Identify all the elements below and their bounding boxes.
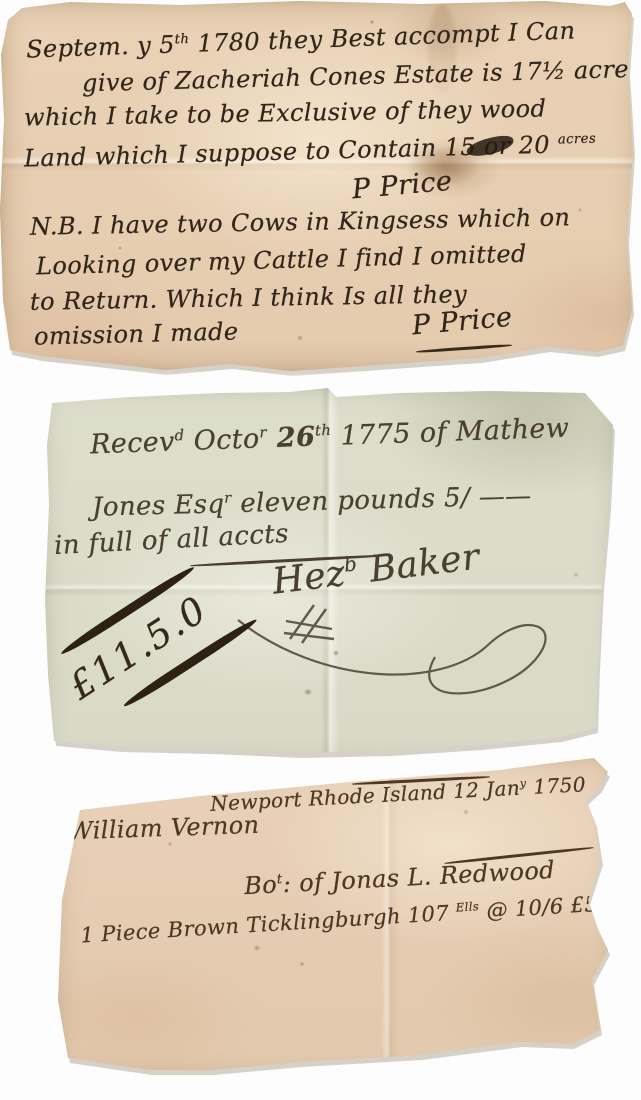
amount-group: £11.5.0 xyxy=(43,549,282,767)
document-1750-invoice: Newport Rhode Island 12 Jany 1750 Willia… xyxy=(52,752,620,1082)
text-segment: Recev xyxy=(90,426,176,460)
handwritten-line: omission I made xyxy=(34,317,239,350)
text-segment: 26 xyxy=(267,422,316,455)
text-segment: th xyxy=(174,32,189,48)
text-segment: Octo xyxy=(184,423,260,457)
signature: Hezb Baker xyxy=(270,536,481,602)
handwritten-line: Bot: of Jonas L. Redwood xyxy=(243,856,555,900)
text-segment: 1775 of Mathew xyxy=(331,413,570,452)
paper-sheet: Newport Rhode Island 12 Jany 1750 Willia… xyxy=(52,752,620,1082)
handwritten-line: N.B. I have two Cows in Kingsess which o… xyxy=(30,203,571,240)
handwritten-line: in full of all accts xyxy=(53,519,289,561)
paper-sheet: Recevd Octor 26th 1775 of Mathew Jones E… xyxy=(40,385,618,767)
text-segment: 1780 they Best accompt I Can xyxy=(189,16,576,57)
text-segment: th xyxy=(315,421,332,440)
text-segment: Baker xyxy=(356,536,482,592)
text-segment: d xyxy=(174,426,185,444)
text-segment: Septem. y 5 xyxy=(26,30,176,63)
text-segment: Jones Esq xyxy=(92,489,225,522)
text-segment: Bo xyxy=(243,870,277,900)
document-1780-account: Septem. y 5th 1780 they Best accompt I C… xyxy=(0,0,641,372)
text-segment: acres xyxy=(558,132,597,148)
signature-underline xyxy=(416,344,512,354)
handwritten-line: Jones Esqr eleven pounds 5/ —— xyxy=(92,481,532,522)
text-segment: 1 Piece Brown Ticklingburgh 107 xyxy=(80,901,457,948)
handwritten-line: which I take to be Exclusive of they woo… xyxy=(24,94,547,131)
handwritten-line: Septem. y 5th 1780 they Best accompt I C… xyxy=(26,16,576,63)
invoice-item-line: 1 Piece Brown Ticklingburgh 107 Ells @ 1… xyxy=(80,888,641,947)
text-segment: Ells xyxy=(455,899,479,914)
handwritten-line: Newport Rhode Island 12 Jany 1750 xyxy=(210,772,587,816)
scanned-manuscripts-page: Septem. y 5th 1780 they Best accompt I C… xyxy=(0,0,641,1100)
handwritten-line: to Return. Which I think Is all they xyxy=(30,280,468,316)
crosshatch-flourish xyxy=(280,599,344,651)
handwritten-line: Looking over my Cattle I find I omitted xyxy=(36,240,527,281)
text-segment: eleven pounds 5/ —— xyxy=(231,481,532,519)
text-segment: : of Jonas L. Redwood xyxy=(282,856,556,898)
text-segment: 1750 xyxy=(526,772,586,799)
document-1775-receipt: Recevd Octor 26th 1775 of Mathew Jones E… xyxy=(40,385,618,767)
signature: P Price xyxy=(351,166,454,206)
handwritten-line: Recevd Octor 26th 1775 of Mathew xyxy=(90,413,570,461)
buyer-name: William Vernon xyxy=(68,811,260,846)
text-segment: @ 10/6 £56:3:6 xyxy=(479,888,641,923)
paper-sheet: Septem. y 5th 1780 they Best accompt I C… xyxy=(0,0,641,372)
handwritten-line: give of Zacheriah Cones Estate is 17½ ac… xyxy=(82,55,641,98)
